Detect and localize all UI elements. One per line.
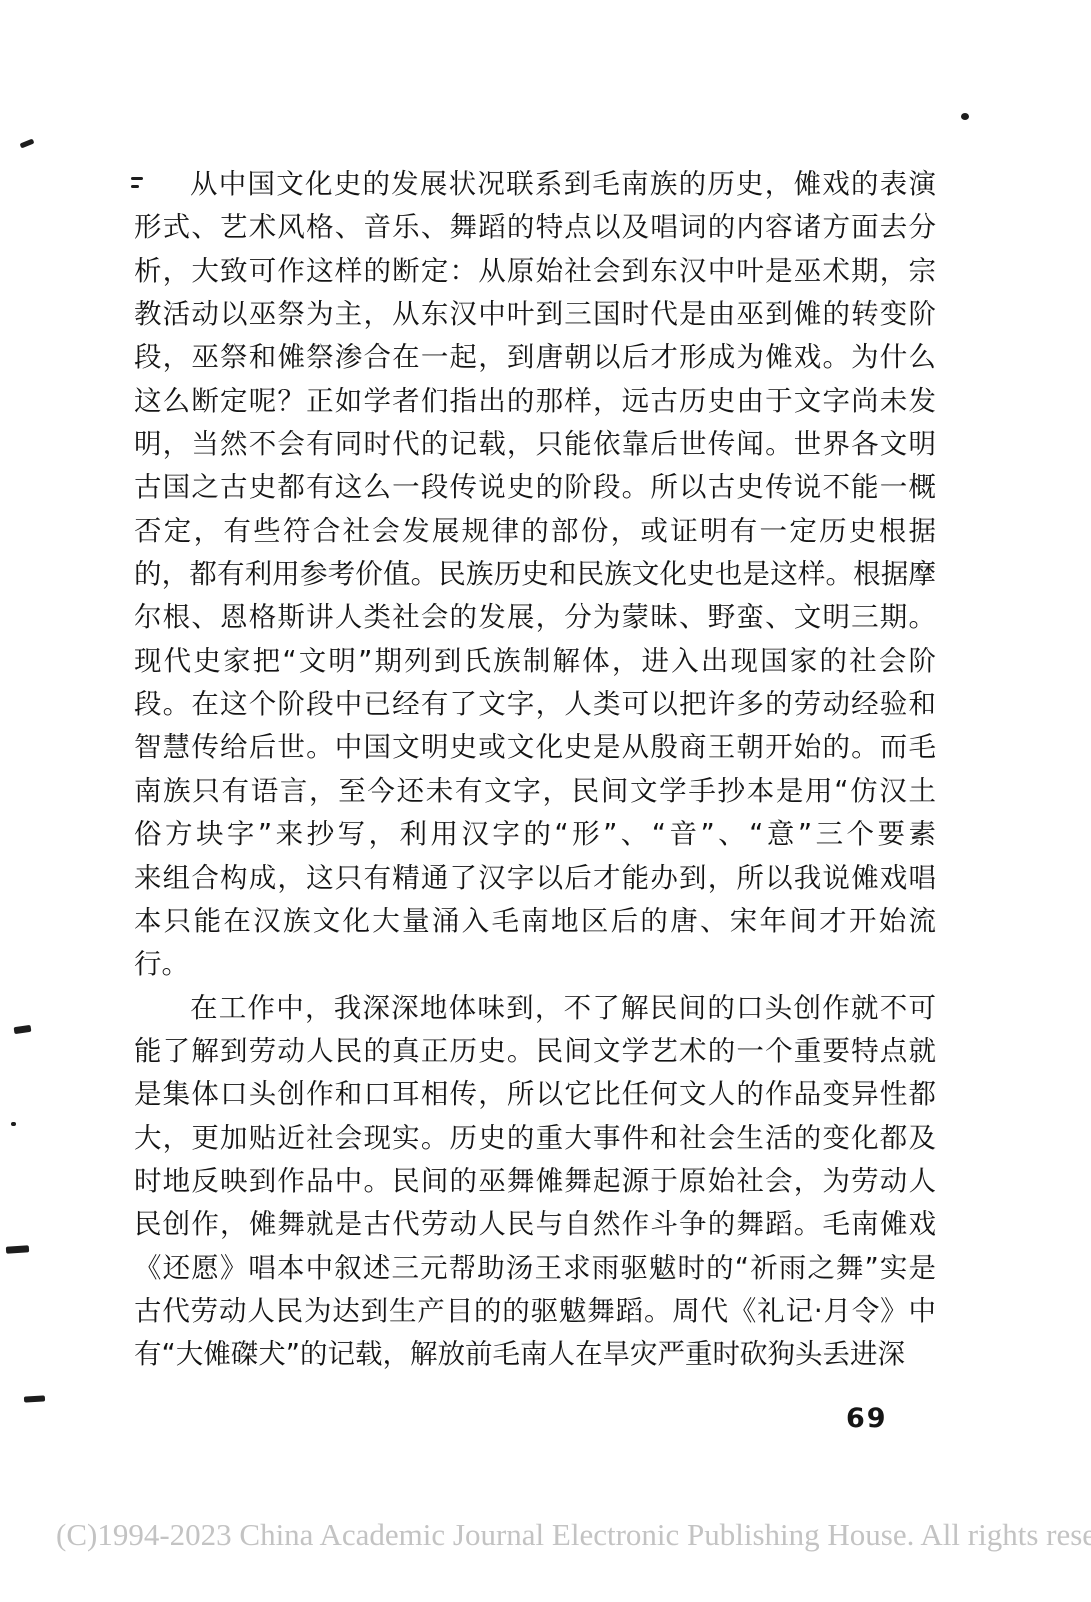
page-number: 69 [846,1403,888,1434]
text-line: 在工作中，我深深地体味到，不了解民间的口头创作就不可 [134,987,936,1030]
text-line: 时地反映到作品中。民间的巫舞傩舞起源于原始社会，为劳动人 [134,1160,936,1203]
text-line: 这么断定呢？正如学者们指出的那样，远古历史由于文字尚未发 [134,380,936,423]
scan-artifact [131,177,143,180]
text-line: 来组合构成，这只有精通了汉字以后才能办到，所以我说傩戏唱 [134,857,936,900]
paragraph-2: 在工作中，我深深地体味到，不了解民间的口头创作就不可 能了解到劳动人民的真正历史… [134,987,936,1377]
text-line: 现代史家把“文明”期列到氏族制解体，进入出现国家的社会阶 [134,640,936,683]
scan-artifact [20,139,35,149]
text-line: 段。在这个阶段中已经有了文字，人类可以把许多的劳动经验和 [134,683,936,726]
text-line: 否定，有些符合社会发展规律的部份，或证明有一定历史根据 [134,510,936,553]
scan-artifact [6,1245,29,1254]
text-line: 教活动以巫祭为主，从东汉中叶到三国时代是由巫到傩的转变阶 [134,293,936,336]
text-line: 形式、艺术风格、音乐、舞蹈的特点以及唱词的内容诸方面去分 [134,206,936,249]
text-line: 的，都有利用参考价值。民族历史和民族文化史也是这样。根据摩 [134,553,936,596]
text-line: 本只能在汉族文化大量涌入毛南地区后的唐、宋年间才开始流 [134,900,936,943]
text-line: 《还愿》唱本中叙述三元帮助汤王求雨驱魃时的“祈雨之舞”实是 [134,1247,936,1290]
text-line: 是集体口头创作和口耳相传，所以它比任何文人的作品变异性都 [134,1073,936,1116]
text-line: 俗方块字”来抄写，利用汉字的“形”、“音”、“意”三个要素 [134,813,936,856]
text-line: 民创作，傩舞就是古代劳动人民与自然作斗争的舞蹈。毛南傩戏 [134,1203,936,1246]
text-line: 明，当然不会有同时代的记载，只能依靠后世传闻。世界各文明 [134,423,936,466]
text-line: 古国之古史都有这么一段传说史的阶段。所以古史传说不能一概 [134,466,936,509]
text-line: 段，巫祭和傩祭渗合在一起，到唐朝以后才形成为傩戏。为什么 [134,336,936,379]
text-line: 尔根、恩格斯讲人类社会的发展，分为蒙昧、野蛮、文明三期。 [134,596,936,639]
text-line: 古代劳动人民为达到生产目的的驱魃舞蹈。周代《礼记·月令》中 [134,1290,936,1333]
scan-artifact [24,1395,45,1402]
copyright-watermark: (C)1994-2023 China Academic Journal Elec… [56,1517,1091,1553]
text-line: 行。 [134,943,936,986]
scan-artifact [14,1025,32,1034]
article-body: 从中国文化史的发展状况联系到毛南族的历史，傩戏的表演 形式、艺术风格、音乐、舞蹈… [134,163,936,1377]
text-line: 大，更加贴近社会现实。历史的重大事件和社会生活的变化都及 [134,1117,936,1160]
text-line: 有“大傩磔犬”的记载，解放前毛南人在旱灾严重时砍狗头丢进深 [134,1333,936,1376]
text-line: 智慧传给后世。中国文明史或文化史是从殷商王朝开始的。而毛 [134,726,936,769]
scan-artifact [131,185,139,188]
scanned-document-page: 从中国文化史的发展状况联系到毛南族的历史，傩戏的表演 形式、艺术风格、音乐、舞蹈… [0,0,1091,1602]
scan-artifact [11,1122,16,1126]
text-line: 从中国文化史的发展状况联系到毛南族的历史，傩戏的表演 [134,163,936,206]
text-line: 能了解到劳动人民的真正历史。民间文学艺术的一个重要特点就 [134,1030,936,1073]
text-line: 析，大致可作这样的断定：从原始社会到东汉中叶是巫术期，宗 [134,250,936,293]
scan-artifact [961,113,969,120]
paragraph-1: 从中国文化史的发展状况联系到毛南族的历史，傩戏的表演 形式、艺术风格、音乐、舞蹈… [134,163,936,987]
text-line: 南族只有语言，至今还未有文字，民间文学手抄本是用“仿汉土 [134,770,936,813]
